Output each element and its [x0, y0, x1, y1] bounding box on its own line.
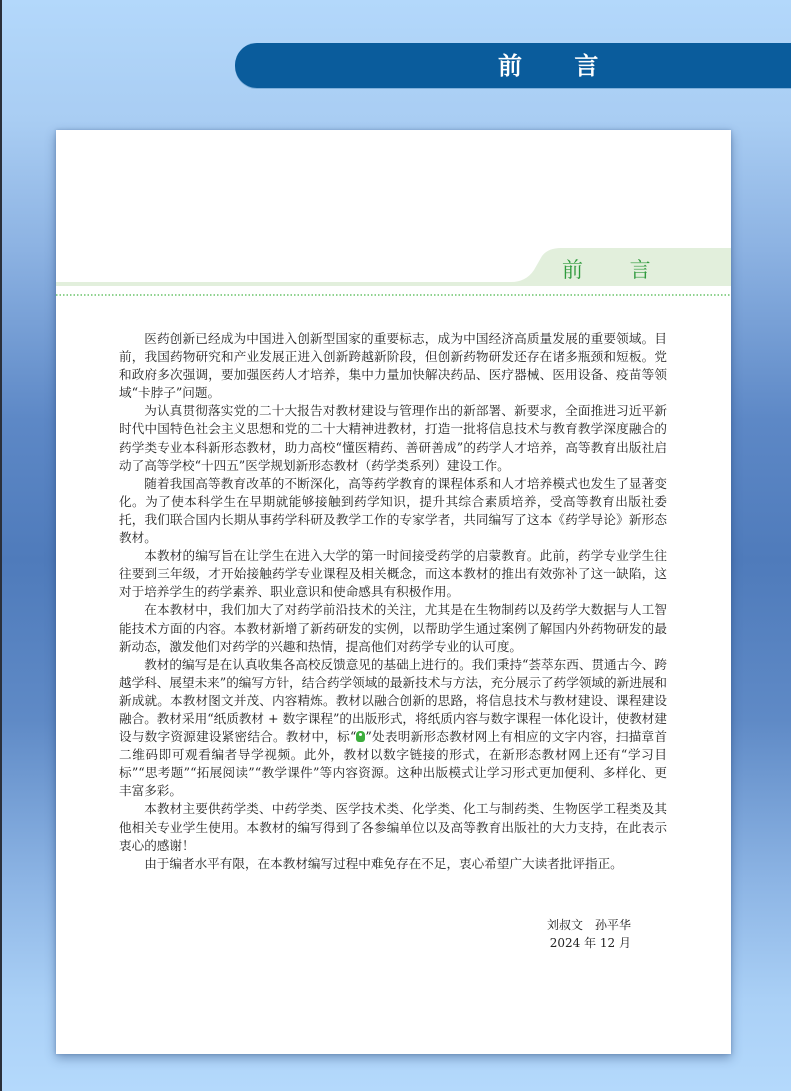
- paragraph: 由于编者水平有限，在本教材编写过程中难免存在不足，衷心希望广大读者批评指正。: [119, 855, 667, 873]
- signature-date: 2024 年 12 月: [486, 934, 631, 952]
- preface-body: 医药创新已经成为中国进入创新型国家的重要标志，成为中国经济高质量发展的重要领域。…: [119, 330, 667, 873]
- paragraph: 为认真贯彻落实党的二十大报告对教材建设与管理作出的新部署、新要求，全面推进习近平…: [119, 402, 667, 474]
- signature-block: 刘叔文 孙平华 2024 年 12 月: [486, 916, 631, 952]
- paragraph: 教材的编写是在认真收集各高校反馈意见的基础上进行的。我们秉持“荟萃东西、贯通古今…: [119, 656, 667, 801]
- chapter-header: 前 言: [56, 246, 731, 298]
- author-names: 刘叔文 孙平华: [486, 916, 631, 934]
- paragraph: 本教材主要供药学类、中药学类、医学技术类、化学类、化工与制药类、生物医学工程类及…: [119, 800, 667, 854]
- digital-resource-icon: [356, 731, 365, 742]
- paragraph: 本教材的编写旨在让学生在进入大学的第一时间接受药学的启蒙教育。此前，药学专业学生…: [119, 547, 667, 601]
- window-edge: [0, 0, 2, 1091]
- banner-title: 前 言: [498, 49, 620, 83]
- section-banner: 前 言: [235, 43, 791, 88]
- paragraph: 医药创新已经成为中国进入创新型国家的重要标志，成为中国经济高质量发展的重要领域。…: [119, 330, 667, 402]
- paragraph: 在本教材中，我们加大了对药学前沿技术的关注，尤其是在生物制药以及药学大数据与人工…: [119, 601, 667, 655]
- chapter-title: 前 言: [562, 256, 671, 284]
- document-page: 前 言 医药创新已经成为中国进入创新型国家的重要标志，成为中国经济高质量发展的重…: [56, 130, 731, 1054]
- paragraph: 随着我国高等教育改革的不断深化，高等药学教育的课程体系和人才培养模式也发生了显著…: [119, 475, 667, 547]
